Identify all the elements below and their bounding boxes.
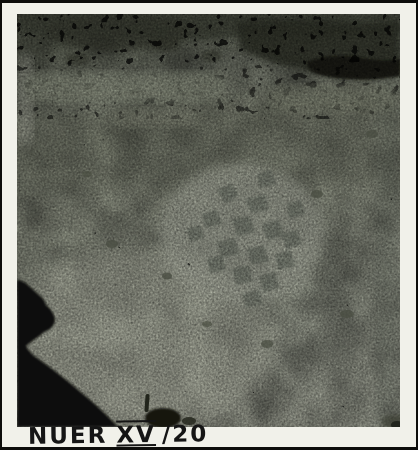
caption-prefix: NUER: [28, 423, 108, 450]
caption-numeral: XV: [115, 422, 157, 449]
photo-scan: NUERXV/20: [0, 0, 418, 450]
album-card: NUERXV/20: [2, 3, 416, 447]
gravel-texture: [17, 14, 400, 427]
caption: NUERXV/20: [28, 421, 288, 450]
photograph-artwork: [17, 14, 400, 427]
photograph: [17, 14, 400, 427]
caption-suffix: /20: [162, 421, 209, 448]
